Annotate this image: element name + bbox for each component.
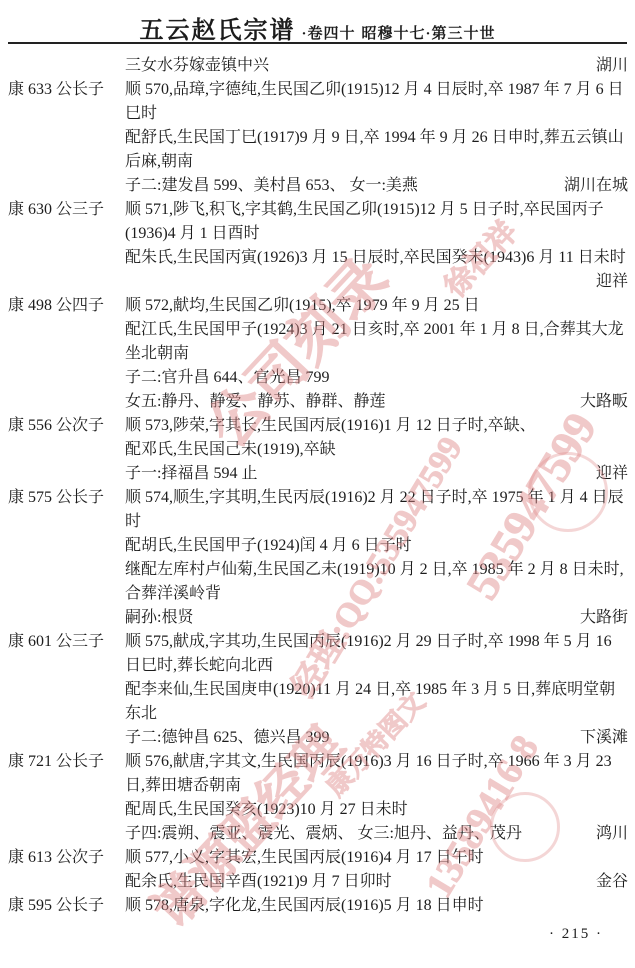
entry-text-line: 配李来仙,生民国庚申(1920)11 月 24 日,卒 1985 年 3 月 5… <box>125 678 628 726</box>
entry-text-line: 顺 577,小义,字其宏,生民国丙辰(1916)4 月 17 日午时 <box>125 846 628 870</box>
entry-text-line: 女五:静丹、静爱、静苏、静群、静莲大路畈 <box>125 390 628 414</box>
genealogy-entry: 三女水芬嫁壶镇中兴湖川 <box>6 54 628 78</box>
entry-blocks: 顺 571,陟飞,积飞,字其鹤,生民国乙卯(1915)12 月 5 日子时,卒民… <box>125 198 628 294</box>
residence-place: 金谷 <box>596 870 628 894</box>
residence-place: 鸿川 <box>596 822 628 846</box>
genealogy-entry: 康 721 公长子 顺 576,献唐,字其文,生民国丙辰(1916)3 月 16… <box>6 750 628 846</box>
generation-label: 昭穆十七·第三十世 <box>362 22 496 43</box>
entry-label: 康 498 公四子 <box>6 294 125 414</box>
residence-place: 大路街 <box>580 606 628 630</box>
entry-text-line: 配胡氏,生民国甲子(1924)闰 4 月 6 日子时 <box>125 534 628 558</box>
entry-blocks: 三女水芬嫁壶镇中兴湖川 <box>125 54 628 78</box>
residence-place: 湖川 <box>596 54 628 78</box>
entry-label: 康 613 公次子 <box>6 846 125 894</box>
entry-text-line: 顺 572,献均,生民国乙卯(1915),卒 1979 年 9 月 25 日 <box>125 294 628 318</box>
entries-list: 三女水芬嫁壶镇中兴湖川 康 633 公长子 顺 570,品璋,字德纯,生民国乙卯… <box>6 54 628 918</box>
entry-text-line: 配朱氏,生民国丙寅(1926)3 月 15 日辰时,卒民国癸未(1943)6 月… <box>125 246 628 270</box>
residence-place: 下溪滩 <box>580 726 628 750</box>
genealogy-entry: 康 601 公三子 顺 575,献成,字其功,生民国丙辰(1916)2 月 29… <box>6 630 628 750</box>
genealogy-page: 五云赵氏宗谱·卷四十 昭穆十七·第三十世 三女水芬嫁壶镇中兴湖川 康 633 公… <box>0 0 635 968</box>
entry-text-line: 顺 571,陟飞,积飞,字其鹤,生民国乙卯(1915)12 月 5 日子时,卒民… <box>125 198 628 246</box>
entry-text-line: 顺 578,唐泉,字化龙,生民国丙辰(1916)5 月 18 日申时 <box>125 894 628 918</box>
entry-blocks: 顺 578,唐泉,字化龙,生民国丙辰(1916)5 月 18 日申时 <box>125 894 628 918</box>
entry-label: 康 595 公长子 <box>6 894 125 918</box>
header-divider <box>8 42 627 44</box>
entry-blocks: 顺 573,陟荣,字其长,生民国丙辰(1916)1 月 12 日子时,卒缺、配邓… <box>125 414 628 486</box>
entry-text-line: 子二:建发昌 599、美村昌 653、 女一:美燕湖川在城 <box>125 174 628 198</box>
book-title: 五云赵氏宗谱 <box>139 10 295 45</box>
entry-blocks: 顺 577,小义,字其宏,生民国丙辰(1916)4 月 17 日午时配余氏,生民… <box>125 846 628 894</box>
entry-text-line: 配江氏,生民国甲子(1924)3 月 21 日亥时,卒 2001 年 1 月 8… <box>125 318 628 366</box>
entry-text-line: 继配左库村卢仙菊,生民国乙未(1919)10 月 2 日,卒 1985 年 2 … <box>125 558 628 606</box>
entry-text-line: 配邓氏,生民国己未(1919),卒缺 <box>125 438 628 462</box>
entry-text-line: 配舒氏,生民国丁巳(1917)9 月 9 日,卒 1994 年 9 月 26 日… <box>125 126 628 174</box>
entry-text-line: 子一:择福昌 594 止迎祥 <box>125 462 628 486</box>
entry-blocks: 顺 575,献成,字其功,生民国丙辰(1916)2 月 29 日子时,卒 199… <box>125 630 628 750</box>
entry-label: 康 556 公次子 <box>6 414 125 486</box>
entry-text-line: 顺 574,顺生,字其明,生民丙辰(1916)2 月 22 日子时,卒 1975… <box>125 486 628 534</box>
entry-text-line: 子四:震朔、震亚、震光、震炳、 女三:旭丹、益丹、茂丹鸿川 <box>125 822 628 846</box>
entry-text-line: 三女水芬嫁壶镇中兴湖川 <box>125 54 628 78</box>
genealogy-entry: 康 633 公长子 顺 570,品璋,字德纯,生民国乙卯(1915)12 月 4… <box>6 78 628 198</box>
residence-place: 迎祥 <box>596 270 628 294</box>
genealogy-entry: 康 575 公长子 顺 574,顺生,字其明,生民丙辰(1916)2 月 22 … <box>6 486 628 630</box>
residence-place: 湖川在城 <box>564 174 628 198</box>
genealogy-entry: 康 556 公次子 顺 573,陟荣,字其长,生民国丙辰(1916)1 月 12… <box>6 414 628 486</box>
entry-text-line: 子二:德钟昌 625、德兴昌 399下溪滩 <box>125 726 628 750</box>
page-number: · 215 · <box>549 926 603 943</box>
entry-label: 康 633 公长子 <box>6 78 125 198</box>
entry-text-line: 顺 576,献唐,字其文,生民国丙辰(1916)3 月 16 日子时,卒 196… <box>125 750 628 798</box>
genealogy-entry: 康 630 公三子 顺 571,陟飞,积飞,字其鹤,生民国乙卯(1915)12 … <box>6 198 628 294</box>
entry-label: 康 721 公长子 <box>6 750 125 846</box>
genealogy-entry: 康 498 公四子 顺 572,献均,生民国乙卯(1915),卒 1979 年 … <box>6 294 628 414</box>
entry-blocks: 顺 570,品璋,字德纯,生民国乙卯(1915)12 月 4 日辰时,卒 198… <box>125 78 628 198</box>
entry-blocks: 顺 574,顺生,字其明,生民丙辰(1916)2 月 22 日子时,卒 1975… <box>125 486 628 630</box>
entry-label: 康 575 公长子 <box>6 486 125 630</box>
genealogy-entry: 康 613 公次子 顺 577,小义,字其宏,生民国丙辰(1916)4 月 17… <box>6 846 628 894</box>
entry-label: 康 630 公三子 <box>6 198 125 294</box>
residence-place: 迎祥 <box>596 462 628 486</box>
entry-text-line: 顺 573,陟荣,字其长,生民国丙辰(1916)1 月 12 日子时,卒缺、 <box>125 414 628 438</box>
entry-text-line: 子二:官升昌 644、官光昌 799 <box>125 366 628 390</box>
entry-text-line: 嗣孙:根贤大路街 <box>125 606 628 630</box>
entry-text-line: 顺 570,品璋,字德纯,生民国乙卯(1915)12 月 4 日辰时,卒 198… <box>125 78 628 126</box>
entry-blocks: 顺 572,献均,生民国乙卯(1915),卒 1979 年 9 月 25 日配江… <box>125 294 628 414</box>
volume-label: ·卷四十 <box>301 22 355 43</box>
entry-label: 康 601 公三子 <box>6 630 125 750</box>
entry-label <box>6 54 125 78</box>
page-header: 五云赵氏宗谱·卷四十 昭穆十七·第三十世 <box>0 10 635 45</box>
entry-text-line: 顺 575,献成,字其功,生民国丙辰(1916)2 月 29 日子时,卒 199… <box>125 630 628 678</box>
residence-place: 大路畈 <box>580 390 628 414</box>
genealogy-entry: 康 595 公长子 顺 578,唐泉,字化龙,生民国丙辰(1916)5 月 18… <box>6 894 628 918</box>
entry-text-line: 配周氏,生民国癸亥(1923)10 月 27 日未时 <box>125 798 628 822</box>
entry-text-line: 配余氏,生民国辛酉(1921)9 月 7 日卯时金谷 <box>125 870 628 894</box>
entry-blocks: 顺 576,献唐,字其文,生民国丙辰(1916)3 月 16 日子时,卒 196… <box>125 750 628 846</box>
